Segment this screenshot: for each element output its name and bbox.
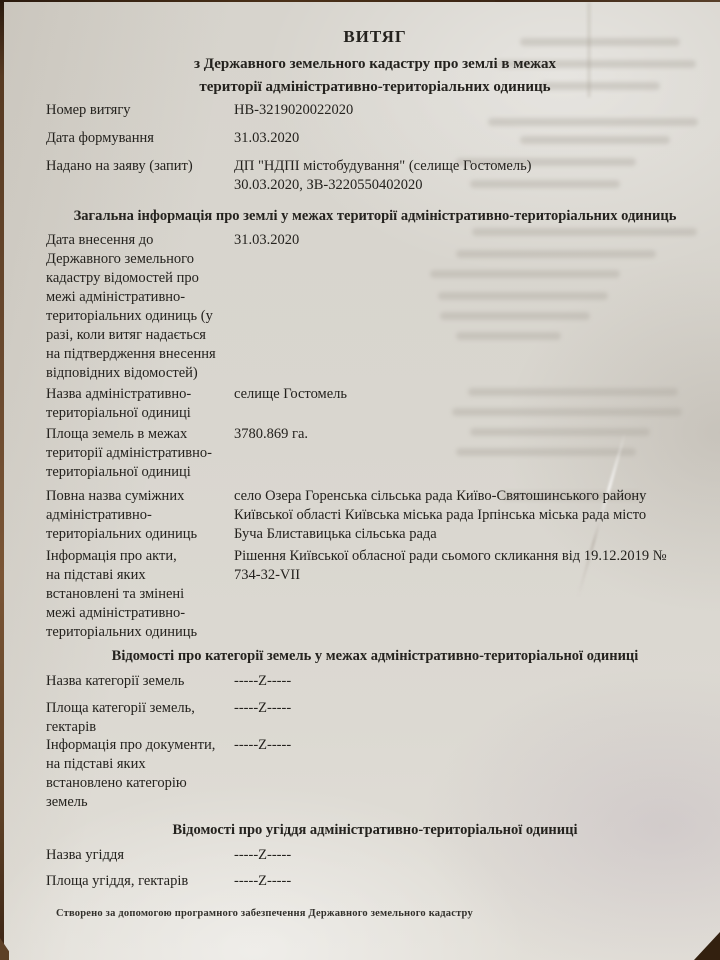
field-value: Рішення Київської обласної ради сьомого … <box>234 547 702 585</box>
field-value: 31.03.2020 <box>234 129 702 148</box>
field-value: -----Z----- <box>234 846 702 865</box>
field-label: Дата внесення до Державного земельного к… <box>46 231 232 383</box>
paper-sheet: ВИТЯГ з Державного земельного кадастру п… <box>4 2 720 960</box>
field-label: Площа категорії земель, гектарів <box>46 699 232 737</box>
field-label: Назва адміністративно- територіальної од… <box>46 385 232 423</box>
field-label: Надано на заяву (запит) <box>46 157 232 176</box>
field-label: Інформація про акти, на підставі яких вс… <box>46 547 232 642</box>
field-label: Назва категорії земель <box>46 672 232 691</box>
field-value: -----Z----- <box>234 699 702 718</box>
field-value: -----Z----- <box>234 872 702 891</box>
field-value: 31.03.2020 <box>234 231 702 250</box>
generated-by-note: Створено за допомогою програмного забезп… <box>56 908 473 919</box>
document-subtitle: з Державного земельного кадастру про зем… <box>46 53 704 99</box>
field-value: село Озера Горенська сільська рада Київо… <box>234 487 702 544</box>
field-value: -----Z----- <box>234 672 702 691</box>
field-label: Назва угіддя <box>46 846 232 865</box>
field-label: Повна назва суміжних адміністративно- те… <box>46 487 232 544</box>
field-label: Дата формування <box>46 129 232 148</box>
photographed-document: ВИТЯГ з Державного земельного кадастру п… <box>0 0 720 960</box>
field-label: Номер витягу <box>46 101 232 120</box>
field-value: НВ-3219020022020 <box>234 101 702 120</box>
field-value: 3780.869 га. <box>234 425 702 444</box>
field-label: Площа угіддя, гектарів <box>46 872 232 891</box>
section-heading-land-use: Відомості про угіддя адміністративно-тер… <box>46 820 704 840</box>
section-heading-land-categories: Відомості про категорії земель у межах а… <box>46 646 704 666</box>
field-value: ДП "НДПІ містобудування" (селище Гостоме… <box>234 157 702 195</box>
document-page: ВИТЯГ з Державного земельного кадастру п… <box>46 2 704 960</box>
document-header: ВИТЯГ з Державного земельного кадастру п… <box>46 26 704 99</box>
section-heading-general-info: Загальна інформація про землі у межах те… <box>46 206 704 226</box>
document-title: ВИТЯГ <box>46 26 704 48</box>
field-value: селище Гостомель <box>234 385 702 404</box>
field-label: Інформація про документи, на підставі як… <box>46 736 232 812</box>
field-label: Площа земель в межах території адміністр… <box>46 425 232 482</box>
field-value: -----Z----- <box>234 736 702 755</box>
